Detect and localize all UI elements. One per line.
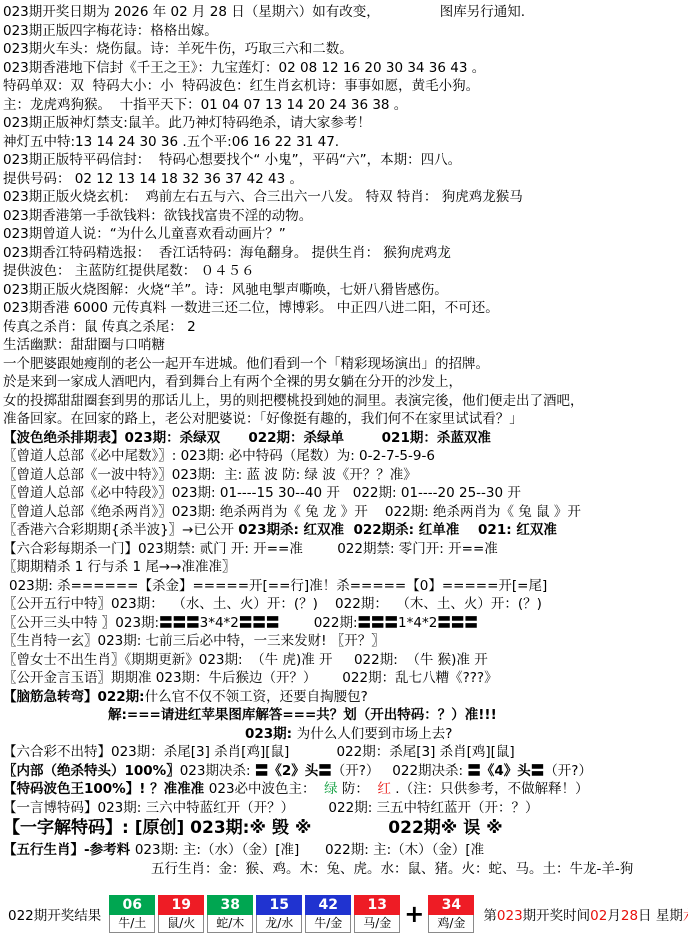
text-segment: 023期决杀: xyxy=(180,763,255,779)
text-segment: 【波色绝杀排期表】023期：杀绿双 022期：杀绿单 021期：杀蓝双准 xyxy=(3,430,491,446)
text-segment: 023必中波色主： xyxy=(209,781,324,797)
text-segment: 022期: xyxy=(279,615,357,631)
text-segment: 〖生肖特一玄〗023期: 七前三后必中特，一三来发财! 〖开？〗 xyxy=(3,633,385,649)
next-draw-info: 第023期开奖时间02月28日 星期六21:30 xyxy=(483,904,688,924)
text-line: 於是来到一家成人酒吧内，看到舞台上有两个全裸的男女躺在分开的沙发上， xyxy=(0,373,688,392)
text-segment: 023期香江特码精选报： 香江话特码：海龟翻身。 提供生肖： 猴狗虎鸡龙 xyxy=(3,245,451,261)
text-line: 023期开奖日期为 2026 年 02 月 28 日（星期六）如有改变， 图库另… xyxy=(0,3,688,22)
text-line: 女的投掷甜甜圈套到男的那话儿上，男的则把樱桃投到她的洞里。表演完後，他们便走出了… xyxy=(0,392,688,411)
text-segment: 023期香港 6000 元传真料 一数进三还二位，博博彩。 中正四八进二阳，不可… xyxy=(3,300,499,316)
text-segment: 023期正版四字梅花诗：格格出嫁。 xyxy=(3,23,218,39)
text-segment: 【六合彩每期杀一门】023期禁: 贰门 开: 开==准 022期禁: 零门开: … xyxy=(3,541,498,557)
text-segment: 023期正版神灯禁支:鼠羊。此乃神灯特码绝杀，请大家参考！ xyxy=(3,115,371,131)
text-line: 特码单双：双 特码大小：小 特码波色：红生肖玄机诗：事事如愿，黄毛小狗。 xyxy=(0,77,688,96)
ball-number: 13 xyxy=(354,895,400,915)
text-line: 〖公开三头中特 〗023期:〓〓〓3*4*2〓〓〓 022期:〓〓〓1*4*2〓… xyxy=(0,614,688,633)
text-line: 023期正版火烧玄机： 鸡前左右五与六、合三出六一八发。 特双 特肖： 狗虎鸡龙… xyxy=(0,188,688,207)
text-line: 传真之杀肖：鼠 传真之杀尾： 2 xyxy=(0,318,688,337)
text-line: 023期: 杀======【杀金】=====开[==行]准！杀=====【0】=… xyxy=(0,577,688,596)
lottery-tips-page: 023期开奖日期为 2026 年 02 月 28 日（星期六）如有改变， 图库另… xyxy=(0,0,688,939)
result-ball: 19鼠/火 xyxy=(158,895,204,933)
result-ball: 15龙/水 xyxy=(256,895,302,933)
text-line: 023期香港 6000 元传真料 一数进三还二位，博博彩。 中正四八进二阳，不可… xyxy=(0,299,688,318)
text-segment: 〓〓〓 xyxy=(159,615,200,631)
text-segment: 提供波色： 主蓝防红提供尾数： ０４５６ xyxy=(3,263,255,279)
text-segment: 〖期期精杀 1 行与杀 1 尾→→准准准〗 xyxy=(3,559,235,575)
text-segment: 〖曾道人总部《一波中特》〗023期: 主: 蓝 波 防: 绿 波《开？？准》 xyxy=(3,467,417,483)
text-line: 提供号码： 02 12 13 14 18 32 36 37 42 43 。 xyxy=(0,170,688,189)
text-segment: 【一言博特码】023期: 三六中特蓝红开（开？） 022期: 三五中特红蓝开（开… xyxy=(3,800,539,816)
text-line: 【波色绝杀排期表】023期：杀绿双 022期：杀绿单 021期：杀蓝双准 xyxy=(0,429,688,448)
text-segment: 〓《2》头〓 xyxy=(255,763,332,779)
text-line: 【六合彩每期杀一门】023期禁: 贰门 开: 开==准 022期禁: 零门开: … xyxy=(0,540,688,559)
text-segment: 什么官不仅不领工资，还要自掏腰包? xyxy=(145,689,368,705)
text-segment: .（注：只供参考，不做解释！） xyxy=(391,781,589,797)
text-line: 023期: 为什么人们要到市场上去? xyxy=(0,725,688,744)
ball-number: 19 xyxy=(158,895,204,915)
special-number-ball: 34鸡/金 xyxy=(428,895,474,933)
result-ball: 13马/金 xyxy=(354,895,400,933)
text-line: 〖内部（绝杀特头）100%〗023期决杀: 〓《2》头〓（开?） 022期决杀:… xyxy=(0,762,688,781)
text-segment: 〖公开金言玉语〗期期准 023期：牛后猴边（开？） 022期：乱七八糟《???》 xyxy=(3,670,498,686)
ball-number: 34 xyxy=(428,895,474,915)
text-line: 023期火车头：烧伤鼠。诗：羊死牛伤，巧取三六和二数。 xyxy=(0,40,688,59)
text-segment: 〖香港六合彩期期{杀半波}〗→已公开 xyxy=(3,522,238,538)
text-line: 主：龙虎鸡狗猴。 十指平天下：01 04 07 13 14 20 24 36 3… xyxy=(0,96,688,115)
text-segment: 主：龙虎鸡狗猴。 十指平天下：01 04 07 13 14 20 24 36 3… xyxy=(3,97,407,113)
text-segment: 一个肥婆跟她瘦削的老公一起开车进城。他们看到一个「精彩现场演出」的招牌。 xyxy=(3,356,489,372)
text-segment: 1*4*2 xyxy=(398,615,437,631)
text-segment: 【脑筋急转弯】022期: xyxy=(3,689,145,705)
text-line: 023期香江特码精选报： 香江话特码：海龟翻身。 提供生肖： 猴狗虎鸡龙 xyxy=(0,244,688,263)
results-label: 022期开奖结果 xyxy=(8,904,101,924)
ball-number: 06 xyxy=(109,895,155,915)
text-segment: 023期: 主:（水）（金）[准] 022期: 主:（木）（金）[准 xyxy=(135,842,484,858)
text-line: 【一字解特码】: [原创] 023期:※ 毁 ※ 022期※ 误 ※ xyxy=(0,817,688,841)
text-line: 023期正版四字梅花诗：格格出嫁。 xyxy=(0,22,688,41)
text-line: 〖曾道人总部《必中特段》〗023期: 01----15 30--40 开 022… xyxy=(0,484,688,503)
text-line: 【特码波色王100%】! ？准准准 023必中波色主： 绿 防： 红 .（注：只… xyxy=(0,780,688,799)
result-ball: 42牛/金 xyxy=(305,895,351,933)
text-segment: 3*4*2 xyxy=(200,615,239,631)
result-ball: 38蛇/木 xyxy=(207,895,253,933)
text-line: 〖曾道人总部《一波中特》〗023期: 主: 蓝 波 防: 绿 波《开？？准》 xyxy=(0,466,688,485)
text-segment: 提供号码： 02 12 13 14 18 32 36 37 42 43 。 xyxy=(3,171,303,187)
text-segment: 〖内部（绝杀特头）100%〗 xyxy=(3,763,180,779)
next-draw-segment: 023 xyxy=(497,908,523,924)
text-segment: 023期杀: 红双准 022期杀: 红单准 021: 红双准 xyxy=(238,522,557,538)
text-line: 〖公开金言玉语〗期期准 023期：牛后猴边（开？） 022期：乱七八糟《???》 xyxy=(0,669,688,688)
text-line: 023期正版火烧图解：火烧“羊”。诗：风驰电掣声嘶唤，七妍八猾皆感伤。 xyxy=(0,281,688,300)
text-segment: 【一字解特码】: [原创] 023期:※ 毁 ※ 022期※ 误 ※ xyxy=(3,818,503,838)
ball-number: 15 xyxy=(256,895,302,915)
text-segment: 女的投掷甜甜圈套到男的那话儿上，男的则把樱桃投到她的洞里。表演完後，他们便走出了… xyxy=(3,393,584,409)
text-segment: 〖曾道人总部《必中特段》〗023期: 01----15 30--40 开 022… xyxy=(3,485,521,501)
ball-number: 42 xyxy=(305,895,351,915)
text-segment: 023期正版火烧玄机： 鸡前左右五与六、合三出六一八发。 特双 特肖： 狗虎鸡龙… xyxy=(3,189,523,205)
text-segment: 【特码波色王100%】! ？准准准 xyxy=(3,781,209,797)
text-line: 【一言博特码】023期: 三六中特蓝红开（开？） 022期: 三五中特红蓝开（开… xyxy=(0,799,688,818)
text-segment: 准备回家。在回家的路上，老公对肥婆说：「好像挺有趣的，我们何不在家里试试看？」 xyxy=(3,411,523,427)
text-line: 〖曾道人总部《必中尾数》〗: 023期: 必中特码（尾数）为: 0-2-7-5-… xyxy=(0,447,688,466)
text-segment: 【六合彩不出特】023期：杀尾[3] 杀肖[鸡][鼠] 022期：杀尾[3] 杀… xyxy=(3,744,515,760)
next-draw-segment: 六 xyxy=(683,908,688,924)
text-segment: 023期曾道人说：“为什么儿童喜欢看动画片？” xyxy=(3,226,286,242)
text-segment: 023期正版特平码信封： 特码心想要找个“ 小鬼”，平码“六”，本期：四八。 xyxy=(3,152,461,168)
text-line: 神灯五中特:13 14 24 30 36 .五个平:06 16 22 31 47… xyxy=(0,133,688,152)
ball-zodiac-element: 鸡/金 xyxy=(428,915,474,933)
next-draw-segment: 月 xyxy=(607,908,621,924)
text-segment: 〖曾道人总部《必中尾数》〗: 023期: 必中特码（尾数）为: 0-2-7-5-… xyxy=(3,448,435,464)
text-segment: 023期香港第一手欲钱料：欲钱找富贵不淫的动物。 xyxy=(3,208,312,224)
text-line: 【六合彩不出特】023期：杀尾[3] 杀肖[鸡][鼠] 022期：杀尾[3] 杀… xyxy=(0,743,688,762)
results-bar: 022期开奖结果 06牛/土19鼠/火38蛇/木15龙/水42牛/金13马/金 … xyxy=(0,892,688,936)
text-segment: 〓〓〓 xyxy=(358,615,399,631)
text-segment: 023期香港地下信封《千王之王》：九宝莲灯：02 08 12 16 20 30 … xyxy=(3,60,485,76)
result-ball: 06牛/土 xyxy=(109,895,155,933)
text-line: 生活幽默：甜甜圈与口哨糖 xyxy=(0,336,688,355)
text-segment: 023期开奖日期为 2026 年 02 月 28 日（星期六）如有改变， 图库另… xyxy=(3,4,525,20)
ball-number: 38 xyxy=(207,895,253,915)
ball-zodiac-element: 牛/金 xyxy=(305,915,351,933)
special-ball-slot: 34鸡/金 xyxy=(428,895,477,933)
text-segment: 〓〓〓 xyxy=(437,615,478,631)
text-line: 一个肥婆跟她瘦削的老公一起开车进城。他们看到一个「精彩现场演出」的招牌。 xyxy=(0,355,688,374)
text-line: 〖曾女士不出生肖〗《期期更新》023期: （牛 虎)准 开 022期: （牛 猴… xyxy=(0,651,688,670)
text-segment: 023期火车头：烧伤鼠。诗：羊死牛伤，巧取三六和二数。 xyxy=(3,41,353,57)
text-segment: 【五行生肖】-参考料 xyxy=(3,842,135,858)
next-draw-segment: 期开奖时间 xyxy=(523,908,591,924)
ball-zodiac-element: 马/金 xyxy=(354,915,400,933)
text-line: 提供波色： 主蓝防红提供尾数： ０４５６ xyxy=(0,262,688,281)
text-segment: 〖公开三头中特 〗023期: xyxy=(3,615,159,631)
next-draw-segment: 02 xyxy=(590,908,607,924)
text-segment: 神灯五中特:13 14 24 30 36 .五个平:06 16 22 31 47… xyxy=(3,134,339,150)
text-segment: 023期: 杀======【杀金】=====开[==行]准！杀=====【0】=… xyxy=(9,578,547,594)
ball-zodiac-element: 鼠/火 xyxy=(158,915,204,933)
text-line: 023期正版特平码信封： 特码心想要找个“ 小鬼”，平码“六”，本期：四八。 xyxy=(0,151,688,170)
text-segment: （开?） 022期决杀: xyxy=(332,763,468,779)
next-draw-segment: 28 xyxy=(621,908,638,924)
text-segment: 023期正版火烧图解：火烧“羊”。诗：风驰电掣声嘶唤，七妍八猾皆感伤。 xyxy=(3,282,448,298)
text-segment: 〓《4》头〓 xyxy=(467,763,544,779)
text-line: 〖香港六合彩期期{杀半波}〗→已公开 023期杀: 红双准 022期杀: 红单准… xyxy=(0,521,688,540)
text-segment: 〓〓〓 xyxy=(239,615,280,631)
plus-sign: + xyxy=(404,894,424,934)
text-line: 〖公开五行中特〗023期： （水、土、火）开：(？) 022期： （木、土、火）… xyxy=(0,595,688,614)
text-segment: 传真之杀肖：鼠 传真之杀尾： 2 xyxy=(3,319,196,335)
text-segment: 〖曾道人总部《绝杀两肖》〗023期: 绝杀两肖为《 兔 龙 》开 022期: 绝… xyxy=(3,504,581,520)
text-segment: 〖公开五行中特〗023期： （水、土、火）开：(？) 022期： （木、土、火）… xyxy=(3,596,542,612)
text-line: 解:===请进红苹果图库解答===共？划（开出特码：？）准!!! xyxy=(0,706,688,725)
text-line: 五行生肖：金：猴、鸡。木：兔、虎。水：鼠、猪。火：蛇、马。土：牛龙-羊-狗 xyxy=(0,860,688,879)
text-segment: 於是来到一家成人酒吧内，看到舞台上有两个全裸的男女躺在分开的沙发上， xyxy=(3,374,462,390)
text-segment: 023期: xyxy=(245,726,297,742)
text-segment: 红 xyxy=(378,781,392,797)
ball-zodiac-element: 牛/土 xyxy=(109,915,155,933)
text-segment: 防： xyxy=(338,781,378,797)
text-segment: 〖曾女士不出生肖〗《期期更新》023期: （牛 虎)准 开 022期: （牛 猴… xyxy=(3,652,488,668)
next-draw-segment: 日 星期 xyxy=(638,908,683,924)
text-segment: 为什么人们要到市场上去? xyxy=(297,726,453,742)
text-line: 【五行生肖】-参考料 023期: 主:（水）（金）[准] 022期: 主:（木）… xyxy=(0,841,688,860)
text-lines: 023期开奖日期为 2026 年 02 月 28 日（星期六）如有改变， 图库另… xyxy=(0,0,688,878)
text-line: 〖期期精杀 1 行与杀 1 尾→→准准准〗 xyxy=(0,558,688,577)
text-segment: 绿 xyxy=(324,781,338,797)
text-line: 〖曾道人总部《绝杀两肖》〗023期: 绝杀两肖为《 兔 龙 》开 022期: 绝… xyxy=(0,503,688,522)
text-segment: 生活幽默：甜甜圈与口哨糖 xyxy=(3,337,165,353)
result-balls: 06牛/土19鼠/火38蛇/木15龙/水42牛/金13马/金 xyxy=(109,895,403,933)
text-line: 【脑筋急转弯】022期:什么官不仅不领工资，还要自掏腰包? xyxy=(0,688,688,707)
text-line: 023期曾道人说：“为什么儿童喜欢看动画片？” xyxy=(0,225,688,244)
text-line: 023期正版神灯禁支:鼠羊。此乃神灯特码绝杀，请大家参考！ xyxy=(0,114,688,133)
text-line: 023期香港第一手欲钱料：欲钱找富贵不淫的动物。 xyxy=(0,207,688,226)
text-line: 准备回家。在回家的路上，老公对肥婆说：「好像挺有趣的，我们何不在家里试试看？」 xyxy=(0,410,688,429)
text-line: 〖生肖特一玄〗023期: 七前三后必中特，一三来发财! 〖开？〗 xyxy=(0,632,688,651)
text-segment: 五行生肖：金：猴、鸡。木：兔、虎。水：鼠、猪。火：蛇、马。土：牛龙-羊-狗 xyxy=(151,861,633,877)
text-line: 023期香港地下信封《千王之王》：九宝莲灯：02 08 12 16 20 30 … xyxy=(0,59,688,78)
text-segment: （开?） xyxy=(544,763,592,779)
ball-zodiac-element: 龙/水 xyxy=(256,915,302,933)
next-draw-segment: 第 xyxy=(483,908,497,924)
ball-zodiac-element: 蛇/木 xyxy=(207,915,253,933)
text-segment: 解:===请进红苹果图库解答===共？划（开出特码：？）准!!! xyxy=(108,707,497,723)
text-segment: 特码单双：双 特码大小：小 特码波色：红生肖玄机诗：事事如愿，黄毛小狗。 xyxy=(3,78,479,94)
